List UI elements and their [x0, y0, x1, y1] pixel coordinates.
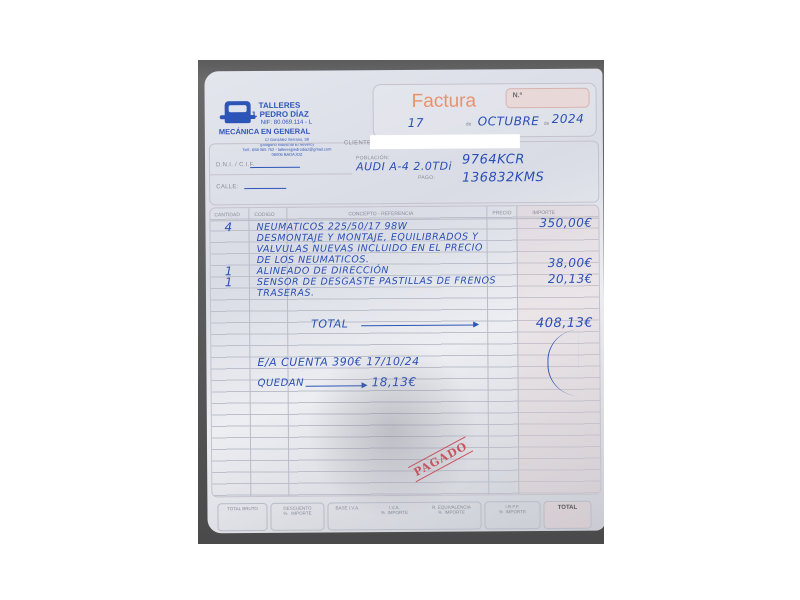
row3-line1: SENSOR DE DESGASTE PASTILLAS DE FRENOS	[257, 275, 496, 288]
header-cantidad: CANTIDAD	[214, 212, 240, 218]
vehicle-plate: 9764KCR	[462, 152, 525, 167]
calle-value-line	[244, 188, 286, 189]
date-year: 2024	[552, 112, 585, 126]
pct-label: %	[438, 510, 442, 515]
client-info-box: CLIENTE: D.N.I. / C.I.F. CALLE: POBLACIÓ…	[209, 141, 599, 206]
row1-line3: VALVULAS NUEVAS INCLUIDO EN EL PRECIO	[257, 242, 483, 255]
date-month: OCTUBRE	[478, 114, 540, 128]
remaining-label: QUEDAN	[258, 378, 305, 389]
importe-label: IMPORTE	[291, 511, 311, 516]
pct-label: %	[283, 511, 287, 516]
company-tagline: MECÁNICA EN GENERAL	[219, 127, 310, 137]
header-precio: PRECIO	[492, 210, 511, 216]
descuento-box: DESCUENTO % IMPORTE	[270, 503, 324, 531]
column-divider	[486, 206, 489, 494]
row1-line4: DE LOS NEUMATICOS.	[257, 254, 370, 266]
importe-label: IMPORTE	[506, 509, 526, 514]
iva-group-box: BASE I.V.A. I.V.A. % IMPORTE R. EQUIVALE…	[327, 501, 481, 530]
header-concepto: CONCEPTO - REFERENCIA	[348, 211, 413, 217]
company-line2: J. PEDRO DÍAZ	[251, 110, 309, 119]
photo-shadow	[306, 340, 477, 521]
client-name-redaction	[370, 134, 520, 149]
base-iva-label: BASE I.V.A.	[328, 503, 366, 510]
column-divider	[248, 208, 251, 496]
row3-cantidad: 1	[225, 275, 233, 289]
totals-footer: TOTAL BRUTO DESCUENTO % IMPORTE BASE I.V…	[217, 501, 591, 530]
factura-title: Factura	[412, 90, 477, 112]
date-day: 17	[408, 116, 424, 130]
row3-line2: TRASERAS.	[257, 288, 315, 299]
importe-label: IMPORTE	[445, 510, 465, 515]
importe-label: IMPORTE	[388, 510, 408, 515]
calle-label: CALLE:	[216, 184, 239, 190]
company-line1: TALLERES	[259, 101, 301, 110]
invoice-number-field: N.º	[506, 88, 590, 109]
total-bruto-label: TOTAL BRUTO	[218, 504, 266, 511]
total-footer-label: TOTAL	[544, 502, 590, 511]
pct-label: %	[381, 510, 385, 515]
total-label: TOTAL	[311, 317, 348, 330]
date-de-label: de	[466, 122, 472, 128]
divider	[210, 173, 352, 175]
row3-importe: 20,13€	[548, 272, 593, 286]
vehicle-mileage: 136832KMS	[462, 170, 544, 186]
total-box: TOTAL	[543, 501, 591, 529]
date-de-label: de	[544, 121, 550, 127]
irpf-sublabels: % IMPORTE	[485, 509, 539, 514]
arrow-icon	[361, 324, 477, 326]
recargo-sublabels: % IMPORTE	[422, 509, 480, 514]
base-iva-cell: BASE I.V.A.	[328, 503, 366, 529]
irpf-box: I.R.P.F. % IMPORTE	[484, 501, 540, 529]
iva-cell: I.V.A. % IMPORTE	[366, 503, 422, 529]
descuento-sublabels: % IMPORTE	[271, 511, 323, 516]
iva-sublabels: % IMPORTE	[366, 510, 422, 515]
invoice-number-label: N.º	[513, 92, 523, 99]
factura-header-box: Factura N.º 17 de OCTUBRE de 2024	[372, 83, 596, 139]
row1-cantidad: 4	[224, 220, 232, 234]
car-icon	[225, 101, 251, 123]
invoice-photo: TALLERES J. PEDRO DÍAZ NIF: 80.069.114 -…	[198, 60, 604, 544]
total-value: 408,13€	[536, 316, 593, 331]
company-nif: NIF: 80.069.114 - L	[261, 120, 312, 126]
pct-label: %	[499, 509, 503, 514]
header-codigo: CODIGO	[254, 212, 274, 218]
dni-value-line	[250, 167, 300, 168]
invoice-paper: TALLERES J. PEDRO DÍAZ NIF: 80.069.114 -…	[204, 69, 604, 534]
total-bruto-box: TOTAL BRUTO	[217, 503, 267, 531]
row2-line1: ALINEADO DE DIRECCIÓN	[257, 265, 389, 277]
pago-label: PAGO:	[418, 175, 435, 181]
row1-importe: 350,00€	[539, 216, 592, 230]
recargo-cell: R. EQUIVALENCIA % IMPORTE	[422, 502, 480, 528]
vehicle-model: AUDI A-4 2.0TDi	[356, 160, 452, 174]
row2-importe: 38,00€	[548, 256, 593, 270]
